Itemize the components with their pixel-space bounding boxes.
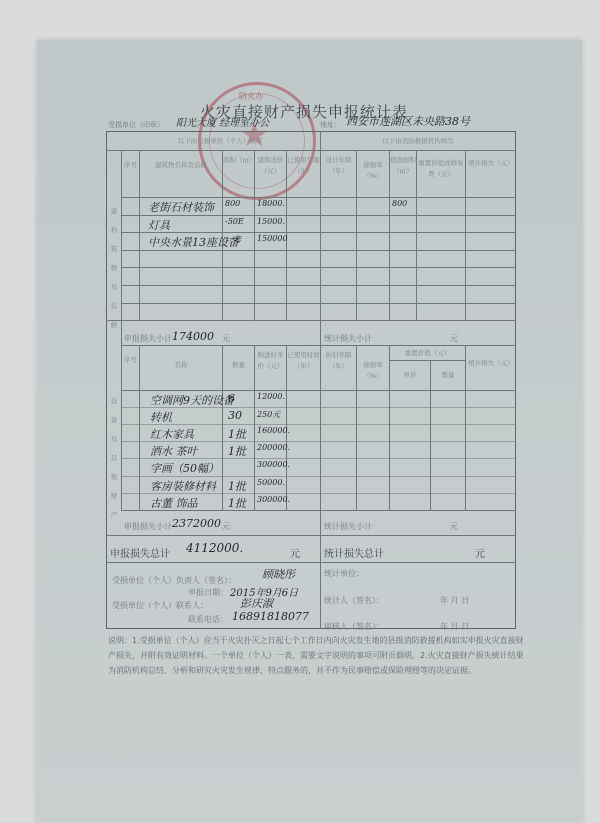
stat-unit-label: 统计单位： (324, 568, 364, 579)
phone-value[interactable]: 16891818077 (232, 610, 309, 623)
property-qty-cell[interactable]: 1批 (228, 495, 246, 511)
col-depreciation: 折旧年限（年） (321, 350, 356, 372)
declared-total-value: 4112000. (186, 541, 243, 555)
col-burn-rate: 烧损率（%） (357, 160, 389, 182)
col-years-used: 已使用年限（年） (287, 155, 320, 177)
property-qty-cell[interactable]: 1批 (228, 426, 246, 442)
leader-label: 受损单位（个人）负责人（签名）： (112, 575, 236, 586)
property-name-cell[interactable]: 字画（50幅） (150, 460, 219, 476)
building-area-cell[interactable]: 800 (225, 199, 240, 208)
contact-label: 受损单位（个人）联系人： (112, 600, 208, 611)
col-stat-loss-2: 统计损失（元） (466, 358, 516, 369)
col-stat-loss: 统计损失（元） (466, 158, 516, 169)
property-price-cell[interactable]: 200000. (257, 443, 290, 452)
review-person-label: 审核人（签名）： (324, 621, 384, 632)
building-subtotal-unit: 元 (222, 333, 230, 344)
review-person-date: 年 月 日 (440, 621, 469, 632)
col-reset-value: 重置价值或修复费（元） (417, 158, 465, 180)
building-name-cell[interactable]: 灯具 (148, 217, 170, 233)
building-cost-cell[interactable]: 15000. (257, 217, 285, 226)
col-burn-rate-2: 烧损率（%） (357, 360, 389, 382)
col-unit-price: 购进时单价（元） (255, 350, 286, 372)
col-area: 面积（㎡） (223, 155, 254, 166)
building-cost-cell[interactable]: 18000. (257, 199, 285, 208)
col-burn-area: 烧损面积（㎡） (390, 155, 416, 177)
building-name-cell[interactable]: 老街石材装饰 (148, 199, 214, 215)
property-price-cell[interactable]: 300000. (257, 495, 290, 504)
stat-total-unit: 元 (475, 545, 485, 560)
col-seq: 序号 (122, 160, 139, 171)
col-seq-2: 序号 (122, 355, 139, 366)
property-side-label: 设备及其他财产 (109, 392, 119, 525)
property-qty-cell[interactable]: 6 (228, 392, 235, 405)
property-qty-cell[interactable]: 1批 (228, 443, 246, 459)
col-item-name: 名称 (140, 360, 222, 371)
col-time-used: 已使用时间（年） (287, 350, 320, 372)
instructions-note: 说明：1.受损单位（个人）应当于火灾扑灭之日起七个工作日内向火灾发生地的县级消防… (108, 633, 528, 678)
property-name-cell[interactable]: 空调网9天的设备 (150, 392, 234, 408)
stat-total-label: 统计损失总计 (324, 545, 384, 560)
date-label: 申报日期： (188, 587, 228, 598)
property-stat-subtotal-unit: 元 (450, 521, 458, 532)
col-building-name: 建筑物名称及装修 (140, 160, 222, 171)
building-burn-area-cell[interactable]: 800 (392, 199, 407, 208)
col-reset-value-2: 重置价值（元） (390, 348, 465, 359)
building-stat-subtotal-unit: 元 (450, 333, 458, 344)
building-subtotal-label: 申报损失小计 (124, 333, 172, 344)
building-area-cell[interactable]: 一套 (225, 234, 241, 245)
property-price-cell[interactable]: 300000. (257, 460, 290, 469)
property-name-cell[interactable]: 转机 (150, 409, 172, 425)
property-price-cell[interactable]: 250元 (257, 409, 280, 420)
building-stat-subtotal-label: 统计损失小计 (324, 333, 372, 344)
property-price-cell[interactable]: 50000. (257, 478, 285, 487)
property-name-cell[interactable]: 客房装修材料 (150, 478, 216, 494)
address-label: 地址： (320, 120, 341, 130)
col-sub-unit-price: 单价 (390, 370, 430, 381)
property-subtotal-unit: 元 (222, 521, 230, 532)
reporting-unit-label: 受损单位（印章） (108, 120, 164, 130)
building-cost-cell[interactable]: 150000 (257, 234, 288, 243)
right-fill-header: 以下由消防救援机构填写 (320, 136, 516, 147)
left-fill-header: 以下由受损单位（个人）填写 (120, 136, 320, 147)
col-sub-quantity: 数量 (431, 370, 465, 381)
building-area-cell[interactable]: -50E (225, 217, 244, 226)
stat-person-date: 年 月 日 (440, 595, 469, 606)
stat-person-label: 统计人（签名）： (324, 595, 384, 606)
building-subtotal-value: 174000 (172, 330, 214, 343)
building-side-label: 建构筑物及装修 (109, 202, 119, 335)
declared-total-unit: 元 (290, 545, 300, 560)
col-design-years: 设计年限（年） (321, 155, 356, 177)
property-subtotal-label: 申报损失小计 (124, 521, 172, 532)
property-stat-subtotal-label: 统计损失小计 (324, 521, 372, 532)
property-name-cell[interactable]: 红木家具 (150, 426, 194, 442)
property-name-cell[interactable]: 酒水 茶叶 (150, 443, 198, 459)
col-quantity: 数量 (223, 360, 254, 371)
reporting-unit-value: 阳光大厦 经理室办公 (176, 114, 269, 129)
declared-total-label: 申报损失总计 (110, 545, 170, 560)
property-price-cell[interactable]: 160000. (257, 426, 290, 435)
leader-signature[interactable]: 顾晓彤 (262, 566, 295, 582)
phone-label: 联系电话： (188, 614, 228, 625)
col-cost: 建筑造价（元） (255, 155, 286, 177)
property-name-cell[interactable]: 古董 饰品 (150, 495, 198, 511)
property-price-cell[interactable]: 12000. (257, 392, 285, 401)
property-subtotal-value: 2372000 (172, 517, 221, 530)
contact-value[interactable]: 彭庆淑 (240, 595, 273, 611)
address-value: 西安市莲湖区未央路38号 (346, 113, 470, 129)
property-qty-cell[interactable]: 30 (228, 409, 242, 422)
property-qty-cell[interactable]: 1批 (228, 478, 246, 494)
